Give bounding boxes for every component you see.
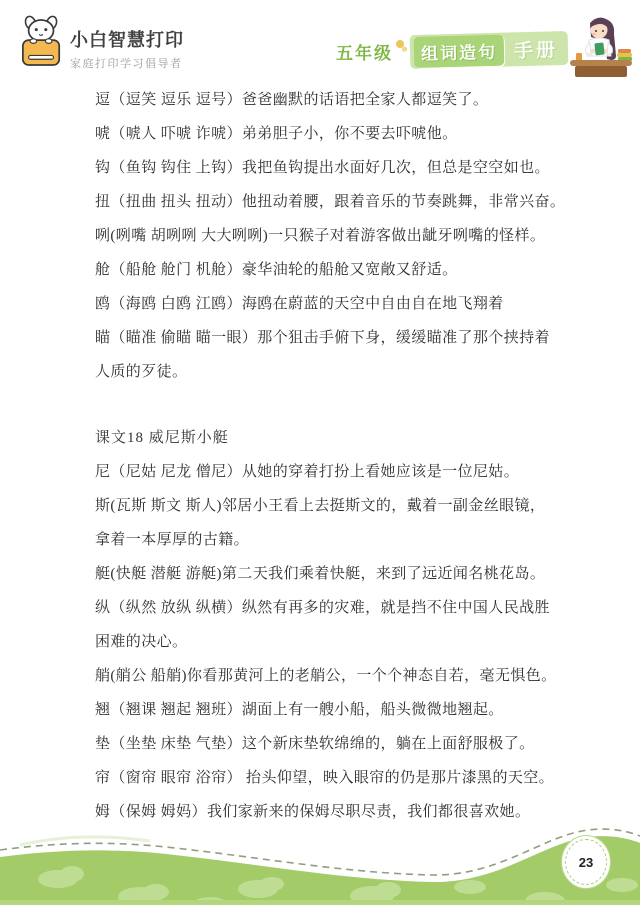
banner-main-label: 组词造句 <box>414 34 505 67</box>
page-number-badge: 23 <box>561 835 611 889</box>
footer-wave <box>0 813 640 905</box>
text-line: 人质的歹徒。 <box>95 355 592 389</box>
text-line: 困难的决心。 <box>95 625 592 659</box>
teacher-illustration <box>562 13 636 77</box>
text-line: 逗（逗笑 逗乐 逗号）爸爸幽默的话语把全家人都逗笑了。 <box>95 83 592 117</box>
text-line: 钩（鱼钩 钩住 上钩）我把鱼钩提出水面好几次，但总是空空如也。 <box>95 151 592 185</box>
brand-title: 小白智慧打印 <box>70 26 184 52</box>
text-line: 唬（唬人 吓唬 诈唬）弟弟胆子小，你不要去吓唬他。 <box>95 117 592 151</box>
brand-subtitle: 家庭打印学习倡导者 <box>70 55 184 71</box>
brand-text: 小白智慧打印 家庭打印学习倡导者 <box>70 26 184 71</box>
text-line: 鸥（海鸥 白鸥 江鸥）海鸥在蔚蓝的天空中自由自在地飞翔着 <box>95 287 592 321</box>
text-line: 斯(瓦斯 斯文 斯人)邻居小王看上去挺斯文的，戴着一副金丝眼镜， <box>95 489 592 523</box>
grade-label: 五年级 <box>336 39 393 64</box>
text-line: 瞄（瞄准 偷瞄 瞄一眼）那个狙击手俯下身，缓缓瞄准了那个挟持着 <box>95 321 592 355</box>
banner-sub-label: 手册 <box>514 35 559 63</box>
text-line: 扭（扭曲 扭头 扭动）他扭动着腰，跟着音乐的节奏跳舞，非常兴奋。 <box>95 185 592 219</box>
printer-dog-icon <box>20 15 64 71</box>
workbook-page: 小白智慧打印 家庭打印学习倡导者 五年级 组词造句 手册 <box>0 0 640 905</box>
text-line: 帘（窗帘 眼帘 浴帘） 抬头仰望，映入眼帘的仍是那片漆黑的天空。 <box>95 761 592 795</box>
title-banner: 组词造句 手册 <box>410 31 569 69</box>
text-line: 拿着一本厚厚的古籍。 <box>95 523 592 557</box>
brand-logo: 小白智慧打印 家庭打印学习倡导者 <box>20 15 184 71</box>
text-line: 纵（纵然 放纵 纵横）纵然有再多的灾难，就是挡不住中国人民战胜 <box>95 591 592 625</box>
text-line: 艄(艄公 船艄)你看那黄河上的老艄公，一个个神态自若，毫无惧色。 <box>95 659 592 693</box>
text-line: 舱（船舱 舱门 机舱）豪华油轮的船舱又宽敞又舒适。 <box>95 253 592 287</box>
sparkle-icon <box>394 38 408 54</box>
text-line: 翘（翘课 翘起 翘班）湖面上有一艘小船，船头微微地翘起。 <box>95 693 592 727</box>
text-line: 艇(快艇 潜艇 游艇)第二天我们乘着快艇，来到了远近闻名桃花岛。 <box>95 557 592 591</box>
text-content: 逗（逗笑 逗乐 逗号）爸爸幽默的话语把全家人都逗笑了。唬（唬人 吓唬 诈唬）弟弟… <box>0 75 640 829</box>
page-number: 23 <box>579 855 593 870</box>
header: 小白智慧打印 家庭打印学习倡导者 五年级 组词造句 手册 <box>0 0 640 78</box>
text-line: 尼（尼姑 尼龙 僧尼）从她的穿着打扮上看她应该是一位尼姑。 <box>95 455 592 489</box>
text-line: 垫（坐垫 床垫 气垫）这个新床垫软绵绵的，躺在上面舒服极了。 <box>95 727 592 761</box>
text-line: 咧(咧嘴 胡咧咧 大大咧咧)一只猴子对着游客做出龇牙咧嘴的怪样。 <box>95 219 592 253</box>
section-heading: 课文18 威尼斯小艇 <box>95 421 592 455</box>
